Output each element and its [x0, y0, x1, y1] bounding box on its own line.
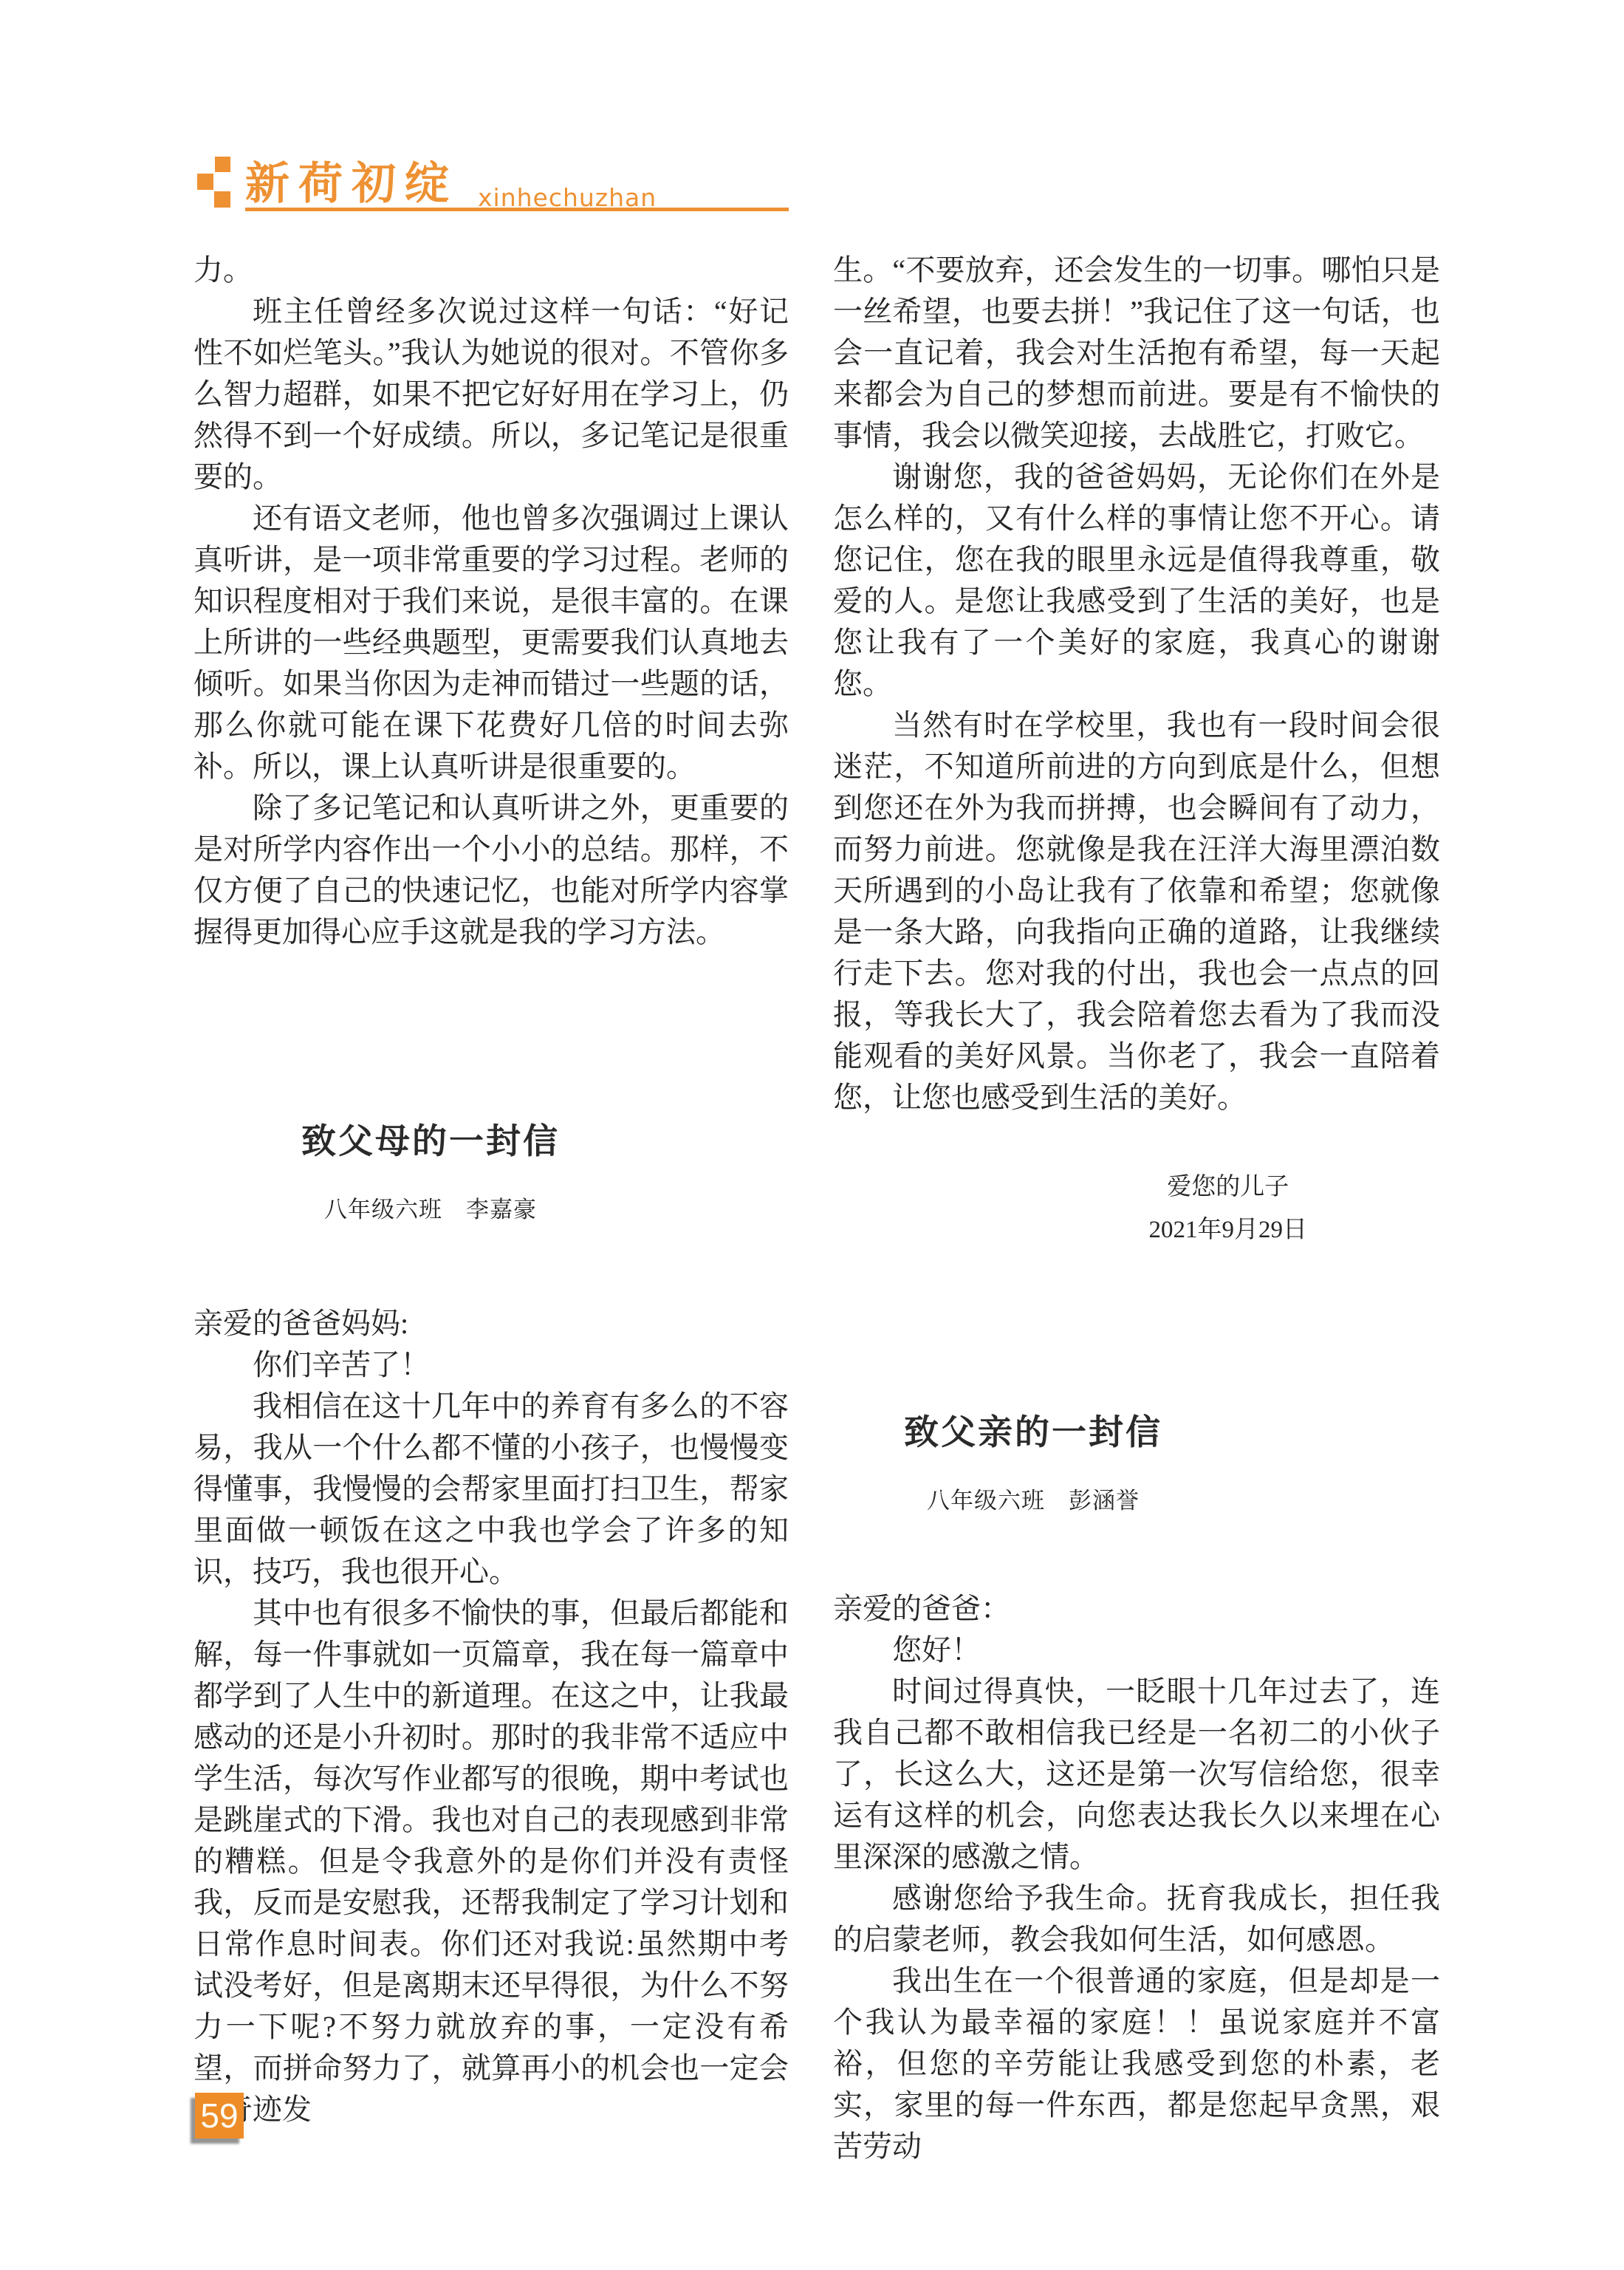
page-number-badge: 59: [195, 2093, 244, 2139]
text-columns: 力。 班主任曾经多次说过这样一句话：“好记性不如烂笔头。”我认为她说的很对。不管…: [193, 250, 1440, 2167]
letter1-byline: 八年级六班 李嘉豪: [301, 1197, 560, 1223]
letter1-paragraph-continued: 当然有时在学校里，我也有一段时间会很迷茫，不知道所前进的方向到底是什么，但想到您…: [833, 705, 1440, 1118]
letter1-body: 亲爱的爸爸妈妈: 你们辛苦了！ 我相信在这十几年中的养育有多么的不容易，我从一个…: [193, 1303, 789, 2130]
header-underline: [245, 208, 789, 211]
logo-square-bottom: [214, 191, 230, 208]
logo-square-middle: [197, 174, 213, 190]
section-title-pinyin: xinhechuzhan: [478, 185, 657, 210]
letter1-header: 致父母的一封信 八年级六班 李嘉豪: [301, 1123, 560, 1223]
letter1-salutation: 亲爱的爸爸妈妈:: [193, 1303, 789, 1344]
logo-squares-icon: [196, 156, 234, 211]
signature-name: 爱您的儿子: [1149, 1166, 1308, 1208]
letter2-header: 致父亲的一封信 八年级六班 彭涵誉: [904, 1414, 1162, 1514]
essay-paragraph: 还有语文老师，他也曾多次强调过上课认真听讲，是一项非常重要的学习过程。老师的知识…: [193, 498, 789, 787]
essay-paragraph: 班主任曾经多次说过这样一句话：“好记性不如烂笔头。”我认为她说的很对。不管你多么…: [193, 291, 789, 498]
letter2-paragraph: 我出生在一个很普通的家庭，但是却是一个我认为最幸福的家庭！！虽说家庭并不富裕，但…: [833, 1960, 1440, 2167]
letter2-paragraph: 感谢您给予我生命。抚育我成长，担任我的启蒙老师，教会我如何生活，如何感恩。: [833, 1878, 1440, 1960]
letter1-paragraph: 我相信在这十几年中的养育有多么的不容易，我从一个什么都不懂的小孩子，也慢慢变得懂…: [193, 1386, 789, 1593]
letter2-paragraph: 时间过得真快，一眨眼十几年过去了，连我自己都不敢相信我已经是一名初二的小伙子了，…: [833, 1671, 1440, 1878]
letter2-body: 亲爱的爸爸： 您好！ 时间过得真快，一眨眼十几年过去了，连我自己都不敢相信我已经…: [833, 1588, 1440, 2167]
letter1-title: 致父母的一封信: [301, 1123, 560, 1161]
essay-paragraph: 力。: [193, 250, 789, 291]
letter2-salutation: 亲爱的爸爸：: [833, 1588, 1440, 1630]
logo-square-top: [215, 157, 230, 172]
essay-paragraph: 除了多记笔记和认真听讲之外，更重要的是对所学内容作出一个小小的总结。那样，不仅方…: [193, 787, 789, 953]
letter1-paragraph-continued: 谢谢您，我的爸爸妈妈，无论你们在外是怎么样的，又有什么样的事情让您不开心。请您记…: [833, 457, 1440, 705]
letter1-paragraph: 其中也有很多不愉快的事，但最后都能和解，每一件事就如一页篇章，我在每一篇章中都学…: [193, 1593, 789, 2130]
section-title: 新荷初绽: [245, 161, 458, 207]
page-header: 新荷初绽 xinhechuzhan: [196, 156, 860, 213]
signature-date: 2021年9月29日: [1149, 1208, 1308, 1251]
letter2-byline: 八年级六班 彭涵誉: [904, 1488, 1162, 1514]
letter2-title: 致父亲的一封信: [904, 1414, 1162, 1452]
left-column: 力。 班主任曾经多次说过这样一句话：“好记性不如烂笔头。”我认为她说的很对。不管…: [193, 250, 789, 2167]
letter1-paragraph-continued: 生。“不要放弃，还会发生的一切事。哪怕只是一丝希望，也要去拼！”我记住了这一句话…: [833, 250, 1440, 457]
right-column: 生。“不要放弃，还会发生的一切事。哪怕只是一丝希望，也要去拼！”我记住了这一句话…: [833, 250, 1440, 2167]
letter1-signature: 爱您的儿子 2021年9月29日: [1149, 1166, 1308, 1251]
letter2-paragraph: 您好！: [833, 1630, 1440, 1671]
letter1-paragraph: 你们辛苦了！: [193, 1344, 789, 1386]
magazine-page: 新荷初绽 xinhechuzhan 力。 班主任曾经多次说过这样一句话：“好记性…: [0, 0, 1624, 2270]
